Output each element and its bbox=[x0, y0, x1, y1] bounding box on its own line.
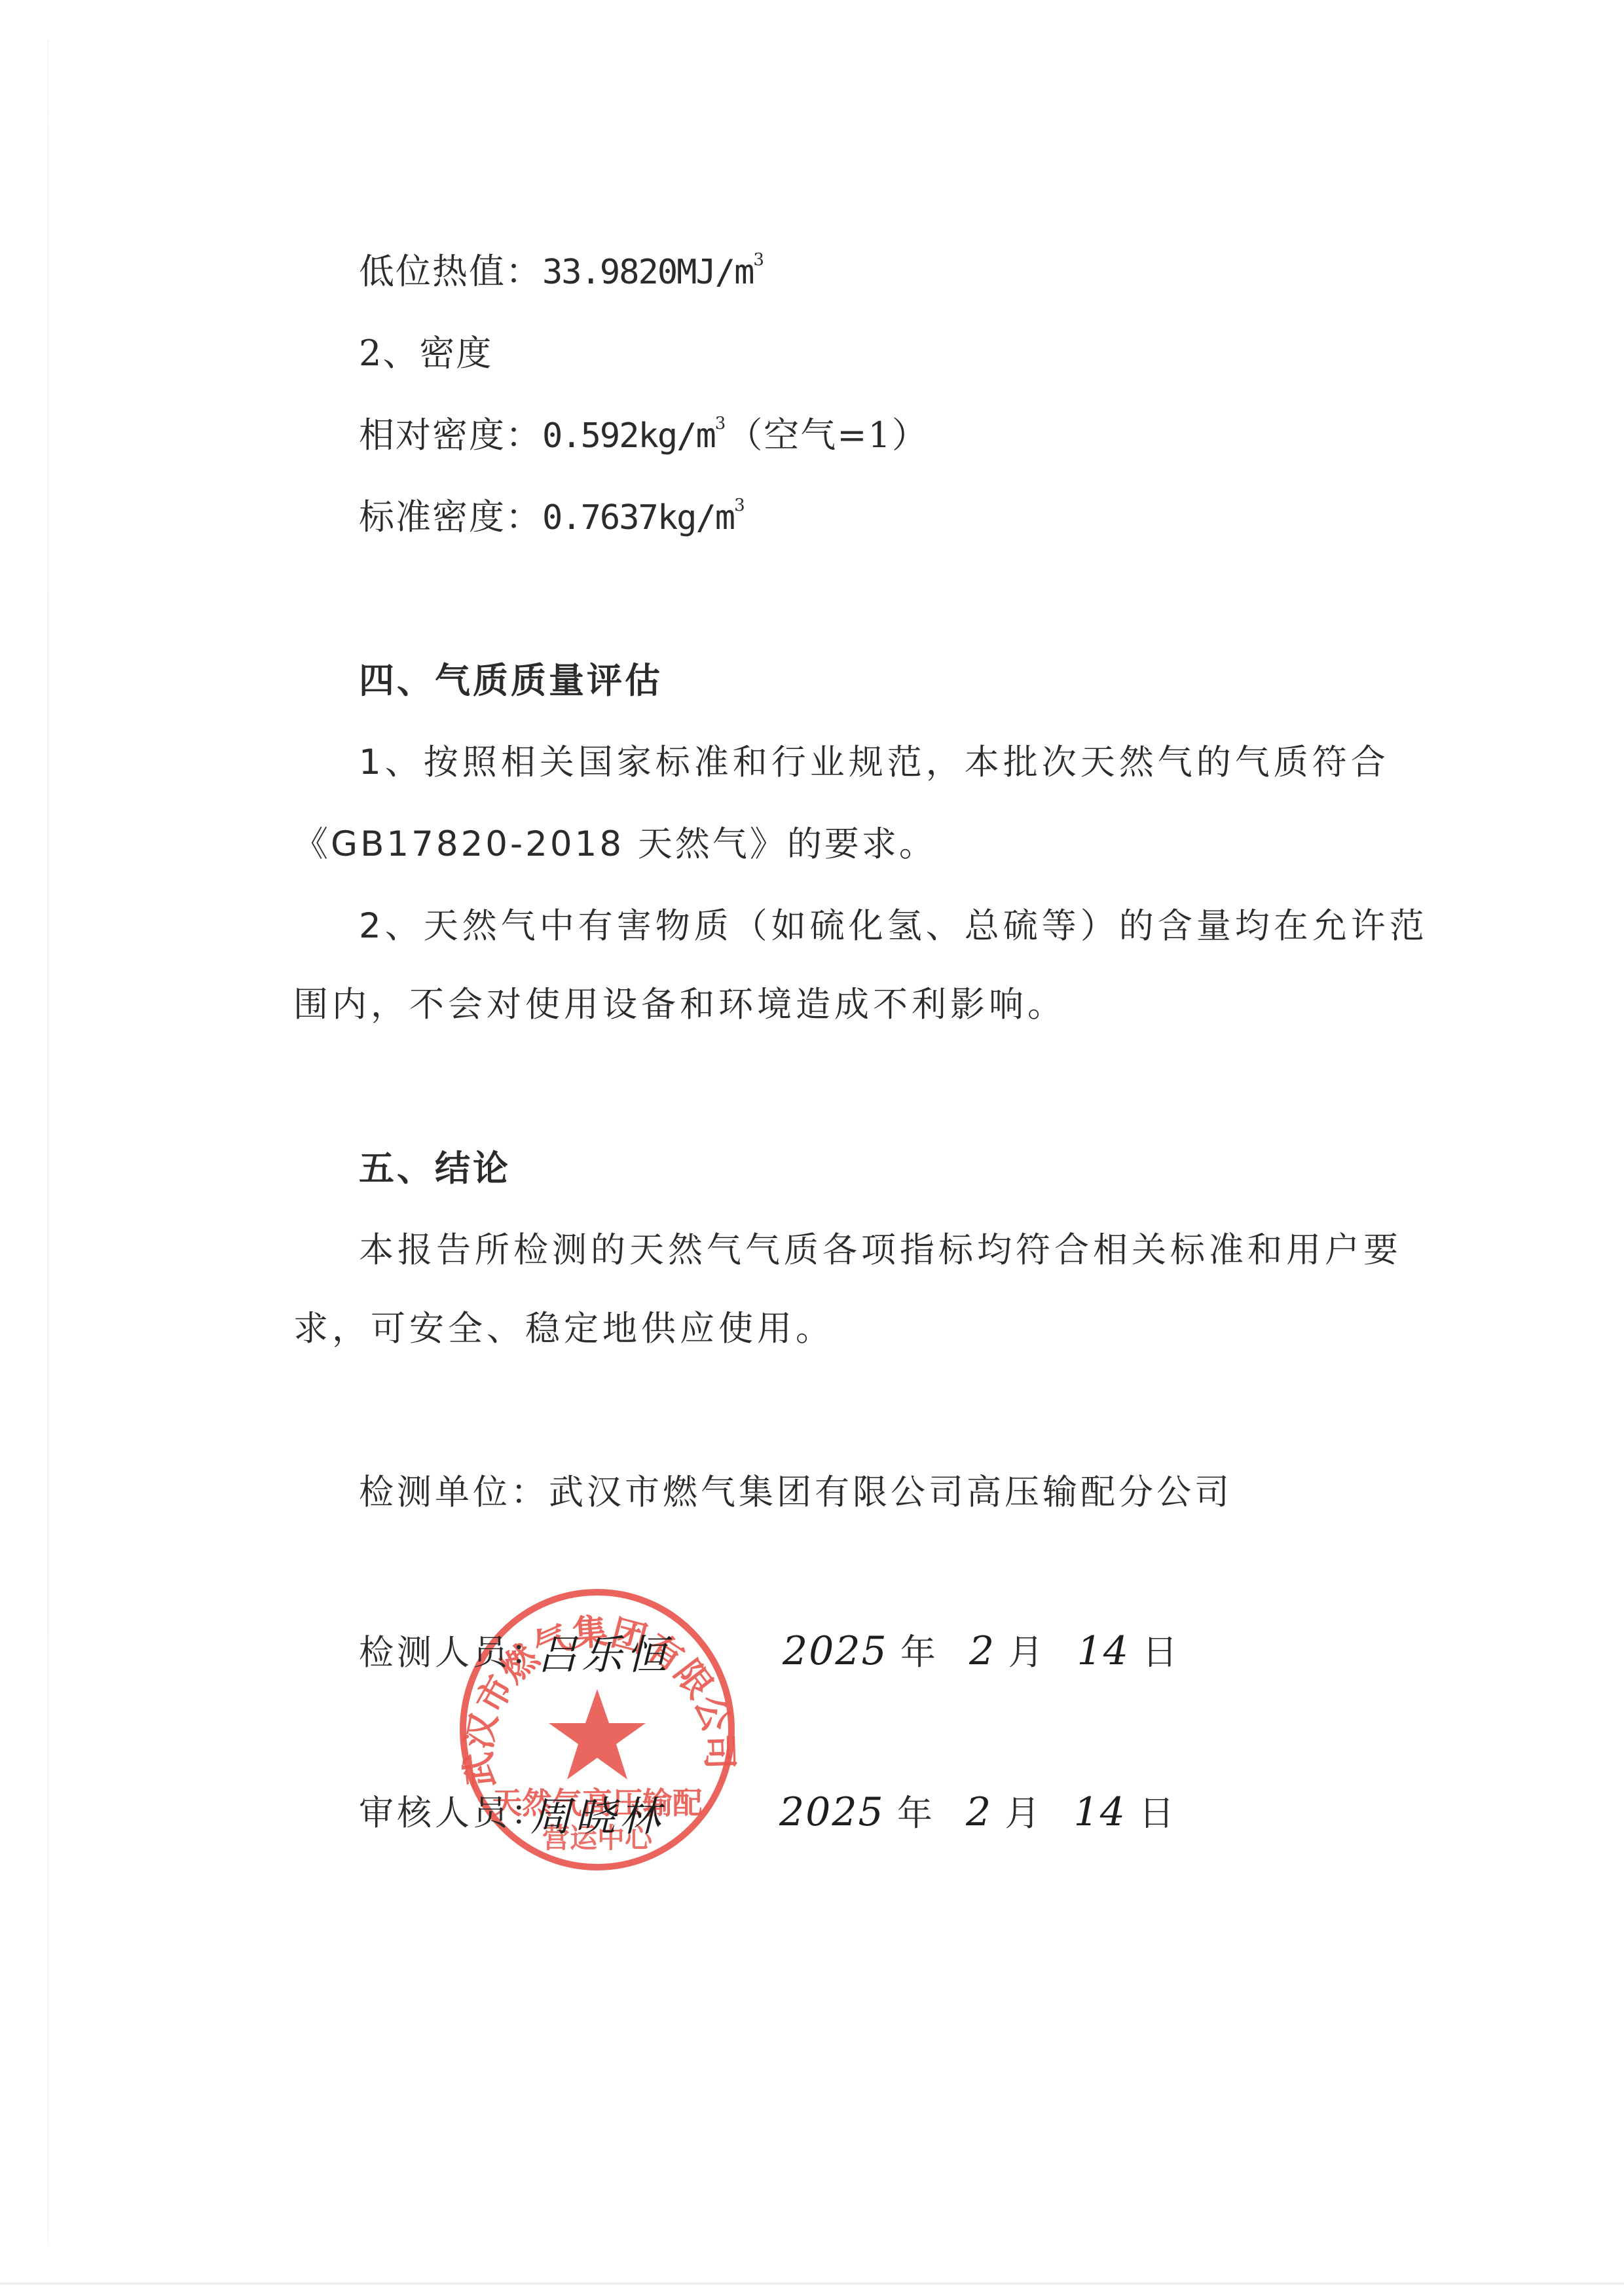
document-page: 低位热值：33.9820MJ/m3 2、密度 相对密度：0.592kg/m3（空… bbox=[0, 0, 1624, 2296]
testing-unit-line: 检测单位：武汉市燃气集团有限公司高压输配分公司 bbox=[359, 1472, 1232, 1514]
inspector-date-day-suffix: 日 bbox=[1142, 1631, 1179, 1673]
standard-density-sup: 3 bbox=[734, 496, 747, 515]
standard-density-value: 0.7637kg/m bbox=[542, 498, 734, 538]
reviewer-signature: 周晓林 bbox=[530, 1784, 664, 1842]
heat-value-label: 低位热值： bbox=[359, 251, 542, 292]
section4-item1-line1: 1、按照相关国家标准和行业规范，本批次天然气的气质符合 bbox=[359, 742, 1390, 784]
inspector-label: 检测人员： bbox=[359, 1632, 549, 1674]
standard-density-line: 标准密度：0.7637kg/m3 bbox=[359, 496, 747, 539]
relative-density-note: （空气=1） bbox=[727, 414, 929, 456]
testing-unit-label: 检测单位： bbox=[359, 1472, 549, 1512]
reviewer-date: 2025 年 2 月 14 日 bbox=[779, 1791, 1175, 1834]
reviewer-date-day-suffix: 日 bbox=[1139, 1793, 1175, 1834]
standard-density-label: 标准密度： bbox=[359, 496, 542, 538]
inspector-date-year: 2025 bbox=[783, 1628, 888, 1674]
section4-item1-line2: 《GB17820-2018 天然气》的要求。 bbox=[293, 824, 936, 866]
heat-value-sup: 3 bbox=[753, 250, 766, 270]
relative-density-sup: 3 bbox=[715, 414, 728, 433]
inspector-date-day: 14 bbox=[1077, 1628, 1130, 1674]
section5-heading: 五、结论 bbox=[359, 1148, 511, 1190]
relative-density-label: 相对密度： bbox=[359, 414, 542, 456]
relative-density-value: 0.592kg/m bbox=[542, 416, 715, 456]
density-section-title: 2、密度 bbox=[359, 333, 492, 374]
scan-edge-left bbox=[47, 39, 49, 2246]
inspector-date-year-suffix: 年 bbox=[900, 1631, 937, 1673]
heat-value-line: 低位热值：33.9820MJ/m3 bbox=[359, 251, 766, 293]
reviewer-date-month-suffix: 月 bbox=[1005, 1793, 1041, 1834]
inspector-signature: 吕乐恒 bbox=[537, 1622, 671, 1681]
reviewer-date-year: 2025 bbox=[779, 1789, 885, 1835]
section4-heading: 四、气质质量评估 bbox=[359, 660, 663, 702]
reviewer-date-day: 14 bbox=[1074, 1789, 1126, 1835]
reviewer-label: 审核人员： bbox=[359, 1793, 549, 1834]
testing-unit-name: 武汉市燃气集团有限公司高压输配分公司 bbox=[549, 1472, 1232, 1512]
inspector-date: 2025 年 2 月 14 日 bbox=[783, 1630, 1179, 1673]
inspector-date-month-suffix: 月 bbox=[1008, 1631, 1044, 1673]
heat-value: 33.9820MJ/m bbox=[542, 253, 753, 292]
inspector-date-month: 2 bbox=[969, 1628, 995, 1674]
scan-edge-bottom bbox=[0, 2282, 1624, 2285]
seal-star-icon bbox=[549, 1689, 646, 1779]
section4-item2-line1: 2、天然气中有害物质（如硫化氢、总硫等）的含量均在允许范 bbox=[359, 905, 1428, 947]
section5-line1: 本报告所检测的天然气气质各项指标均符合相关标准和用户要 bbox=[359, 1230, 1402, 1271]
section4-item2-line2: 围内，不会对使用设备和环境造成不利影响。 bbox=[293, 984, 1066, 1026]
reviewer-date-year-suffix: 年 bbox=[897, 1793, 934, 1834]
relative-density-line: 相对密度：0.592kg/m3（空气=1） bbox=[359, 414, 929, 457]
reviewer-date-month: 2 bbox=[966, 1789, 992, 1835]
section5-line2: 求，可安全、稳定地供应使用。 bbox=[293, 1308, 834, 1350]
